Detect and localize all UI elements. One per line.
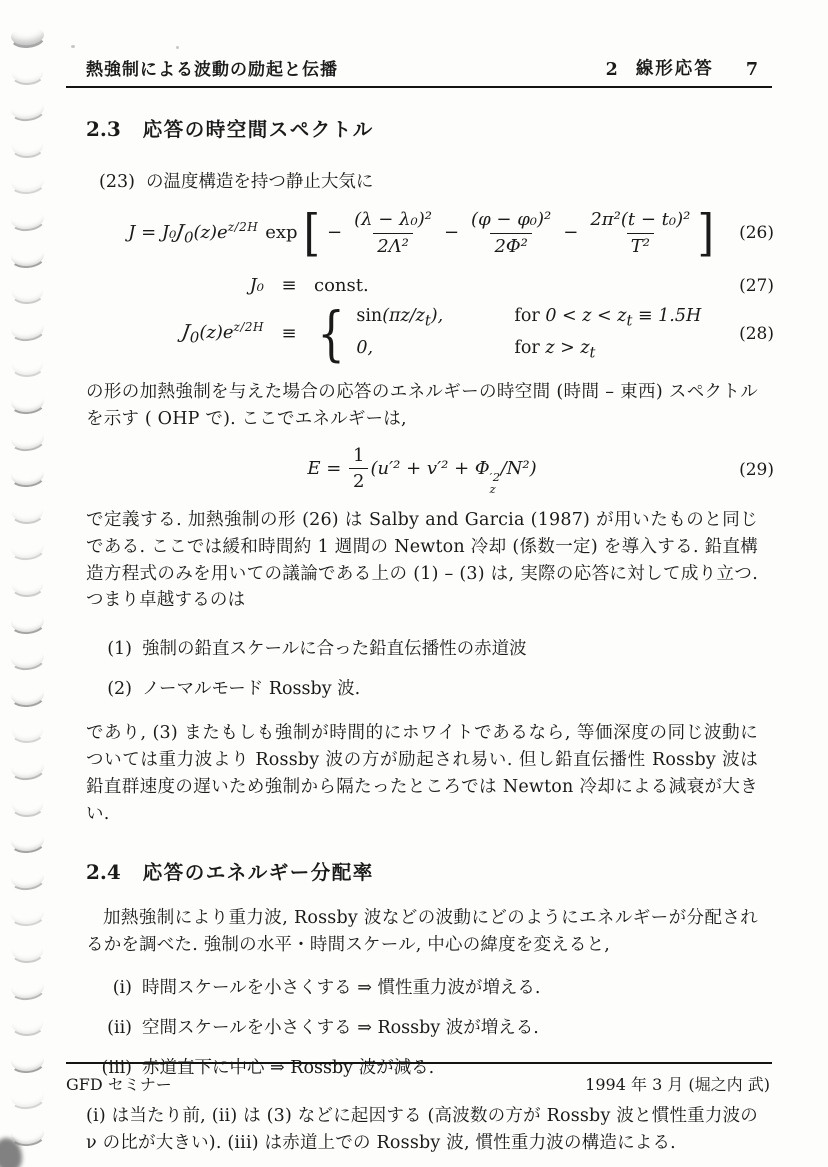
binding-hole xyxy=(8,315,48,343)
fraction-phi: (φ − φ₀)²2Φ² xyxy=(467,209,555,257)
eq28-lhs: J0(z)ez/2H xyxy=(86,321,264,347)
list-text: 強制の鉛直スケールに合った鉛直伝播性の赤道波 xyxy=(142,636,758,662)
equation-number-29: (29) xyxy=(739,460,774,480)
section-heading-2-4: 2.4 応答のエネルギー分配率 xyxy=(86,857,758,885)
header-section-number: 2 xyxy=(606,60,618,80)
scan-speck xyxy=(71,45,75,48)
fraction-half: 12 xyxy=(349,445,368,493)
list-label: (i) xyxy=(86,975,132,1001)
fraction-time: 2π²(t − t₀)²T² xyxy=(586,209,694,257)
binding-hole xyxy=(8,608,47,635)
eq29-body: (u′² + v′² + Φ xyxy=(370,458,489,479)
case-2-condition: for z > zt xyxy=(514,338,701,362)
binding-hole xyxy=(10,719,46,744)
list-label: (2) xyxy=(86,676,132,702)
list-text: 時間スケールを小さくする ⇒ 慣性重力波が増える. xyxy=(142,975,758,1001)
binding-holes xyxy=(0,0,70,1167)
eq26-script-sub: 0 xyxy=(184,229,194,247)
header-section-info: 2 線形応答 7 xyxy=(606,55,758,80)
eq29-lhs: E = xyxy=(307,458,347,479)
paragraph-spectrum: の形の加熱強制を与えた場合の応答のエネルギーの時空間 (時間 – 東西) スペク… xyxy=(86,379,758,433)
section-number: 2.3 xyxy=(86,117,121,141)
paragraph-energy: 加熱強制により重力波, Rossby 波などの波動にどのようにエネルギーが分配さ… xyxy=(86,905,758,959)
list-label: (1) xyxy=(86,636,132,662)
footer-date-author: 1994 年 3 月 (堀之内 武) xyxy=(585,1072,770,1095)
piecewise-cases: { sin(πz/zt), for 0 < z < zt ≡ 1.5H 0, f… xyxy=(314,306,701,361)
equation-27: J₀ ≡ const. (27) xyxy=(86,275,758,296)
footer-seminar-name: GFD セミナー xyxy=(66,1072,172,1095)
section-title: 応答のエネルギー分配率 xyxy=(143,857,374,885)
section-number: 2.4 xyxy=(86,860,121,884)
equation-number-26: (26) xyxy=(739,223,774,243)
section-heading-2-3: 2.3 応答の時空間スペクトル xyxy=(86,114,758,142)
list-item-i: (i) 時間スケールを小さくする ⇒ 慣性重力波が増える. xyxy=(86,975,758,1001)
eq26-lhs: J = J₀ xyxy=(128,222,176,243)
binding-hole xyxy=(8,828,47,855)
equation-29: E = 12(u′² + v′² + Φ′2z/N²) (29) xyxy=(86,445,758,495)
binding-hole xyxy=(8,242,47,269)
equation-26: J = J₀J0(z)ez/2Hexp[−(λ − λ₀)²2Λ²−(φ − φ… xyxy=(86,209,758,257)
section-title: 応答の時空間スペクトル xyxy=(143,114,374,142)
document-title: 熱強制による波動の励起と伝播 xyxy=(86,55,338,80)
binding-hole xyxy=(10,792,46,817)
binding-hole xyxy=(10,572,46,597)
paragraph-definition: で定義する. 加熱強制の形 (26) は Salby and Garcia (1… xyxy=(86,507,758,614)
binding-hole xyxy=(10,280,46,305)
binding-hole xyxy=(10,938,46,963)
binding-hole xyxy=(8,534,48,562)
eq26-exponent: z/2H xyxy=(228,220,258,234)
minus-sign: − xyxy=(563,222,578,243)
page-header: 熱強制による波動の励起と伝播 2 線形応答 7 xyxy=(86,55,758,80)
eq26-arg: (z)e xyxy=(194,222,228,243)
list-label: (ii) xyxy=(86,1015,132,1041)
binding-hole xyxy=(10,1012,46,1037)
page-number: 7 xyxy=(746,60,758,80)
header-section-title: 線形応答 xyxy=(636,55,714,80)
binding-hole xyxy=(10,60,46,85)
binding-hole xyxy=(10,499,46,524)
binding-hole xyxy=(8,22,47,49)
equiv-symbol: ≡ xyxy=(264,275,314,296)
binding-hole xyxy=(8,681,47,708)
paragraph-conclusion: (i) は当たり前, (ii) は (3) などに起因する (高波数の方が Ro… xyxy=(86,1103,758,1157)
binding-hole xyxy=(8,424,48,452)
binding-hole xyxy=(8,644,48,672)
binding-hole xyxy=(8,1083,48,1111)
list-item-2: (2) ノーマルモード Rossby 波. xyxy=(86,676,758,702)
equation-28: J0(z)ez/2H ≡ { sin(πz/zt), for 0 < z < z… xyxy=(86,306,758,361)
binding-hole xyxy=(8,754,48,782)
list-item-1: (1) 強制の鉛直スケールに合った鉛直伝播性の赤道波 xyxy=(86,636,758,662)
equiv-symbol: ≡ xyxy=(264,323,314,344)
minus-sign: − xyxy=(327,222,342,243)
binding-hole xyxy=(8,864,48,892)
eq27-lhs: J₀ xyxy=(86,275,264,296)
eq29-tail: /N²) xyxy=(501,458,537,479)
equation-number-28: (28) xyxy=(739,324,774,344)
intro-line: (23)の温度構造を持つ静止大気に xyxy=(86,168,758,193)
case-1-value: sin(πz/zt), xyxy=(356,306,514,330)
binding-hole xyxy=(10,133,46,158)
phi-sup-sub: ′2z xyxy=(490,471,501,495)
eq26-exp-operator: exp xyxy=(265,222,297,243)
binding-hole xyxy=(8,462,47,489)
binding-hole xyxy=(8,973,48,1001)
paragraph-rossby: であり, (3) またもしも強制が時間的にホワイトであるなら, 等価深度の同じ波… xyxy=(86,720,758,827)
binding-hole xyxy=(8,169,47,196)
binding-hole xyxy=(8,205,48,233)
binding-hole xyxy=(8,1047,47,1074)
fraction-lambda: (λ − λ₀)²2Λ² xyxy=(350,209,436,257)
scanned-document-page: 熱強制による波動の励起と伝播 2 線形応答 7 2.3 応答の時空間スペクトル … xyxy=(0,0,828,1167)
list-item-ii: (ii) 空間スケールを小さくする ⇒ Rossby 波が増える. xyxy=(86,1015,758,1041)
page-footer: GFD セミナー 1994 年 3 月 (堀之内 武) xyxy=(66,1072,770,1095)
binding-hole xyxy=(8,95,48,123)
case-2-value: 0, xyxy=(356,338,514,362)
eq28-script-sub: 0 xyxy=(190,328,200,346)
intro-text: の温度構造を持つ静止大気に xyxy=(146,172,374,192)
list-text: ノーマルモード Rossby 波. xyxy=(142,676,758,702)
eq28-exponent: z/2H xyxy=(234,320,264,334)
equation-reference: (23) xyxy=(99,172,135,192)
case-1-condition: for 0 < z < zt ≡ 1.5H xyxy=(514,306,701,330)
equation-number-27: (27) xyxy=(739,276,774,296)
binding-hole xyxy=(8,388,47,415)
binding-hole xyxy=(8,901,47,928)
eq27-rhs: const. xyxy=(314,275,758,296)
binding-hole xyxy=(10,353,46,378)
list-text: 空間スケールを小さくする ⇒ Rossby 波が増える. xyxy=(142,1015,758,1041)
minus-sign: − xyxy=(444,222,459,243)
